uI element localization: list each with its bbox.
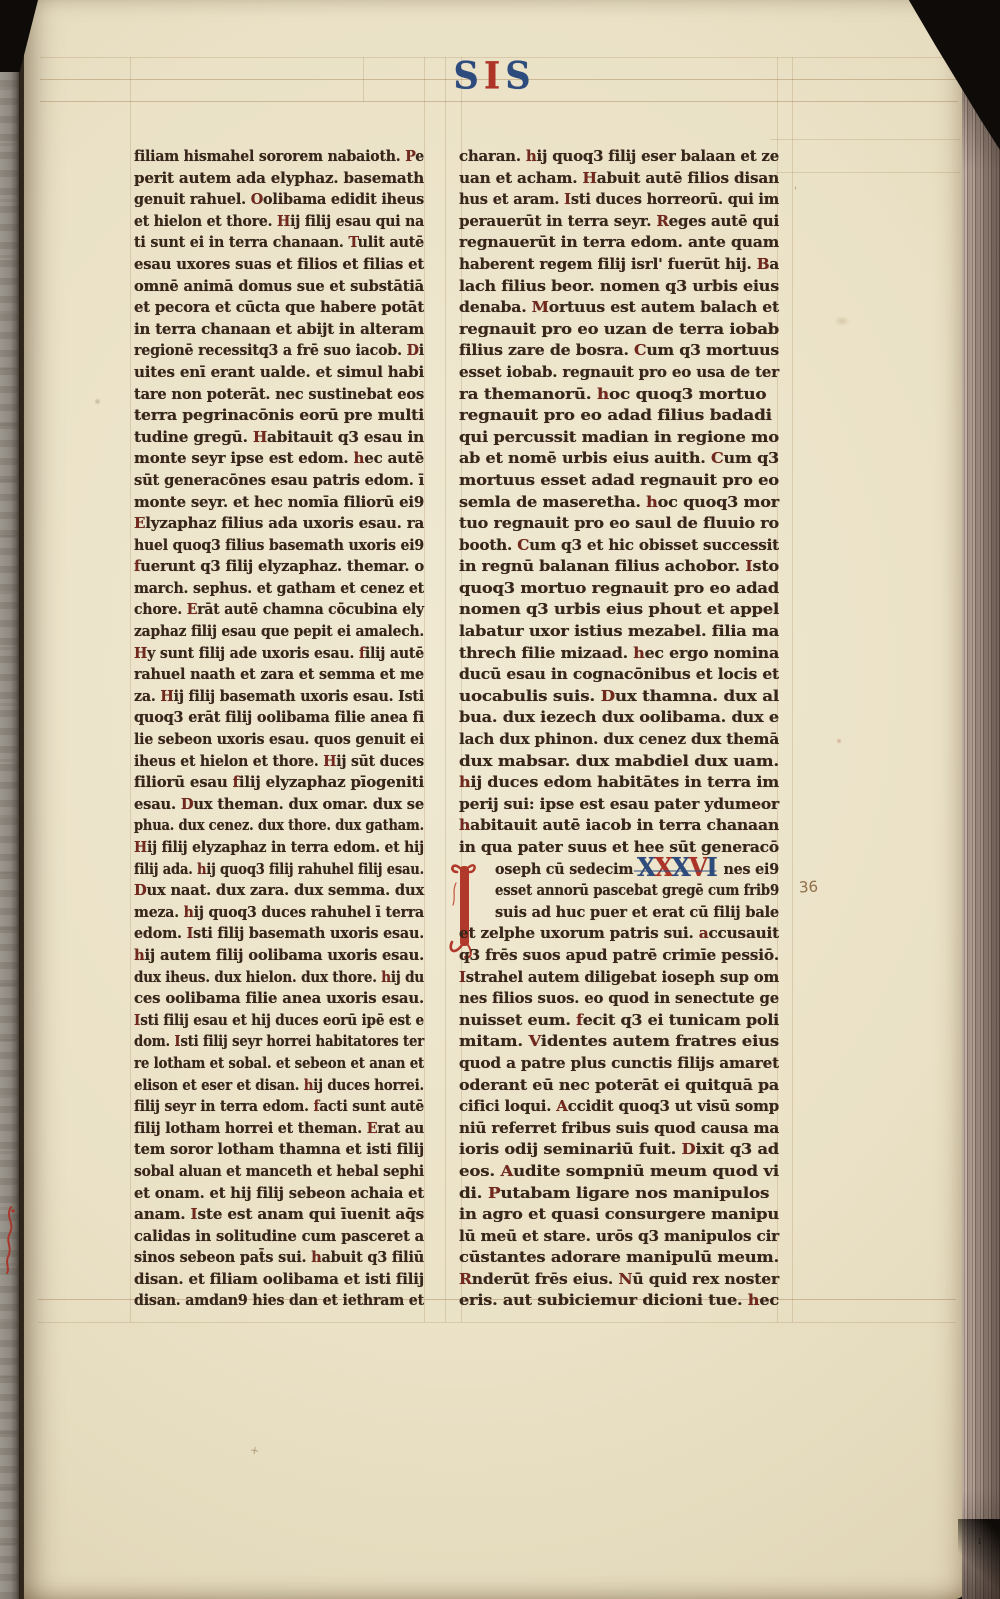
text-line: Hy sunt filij ade uxoris esau. filij aut… bbox=[134, 643, 424, 665]
text-line: esset annorū pascebat gregē cum frib9 bbox=[459, 880, 779, 902]
text-line: niū referret fribus suis quod causa ma bbox=[459, 1118, 779, 1140]
background-corner-bottom bbox=[958, 1519, 1000, 1599]
text-line: nes filios suos. eo quod in senectute ge bbox=[459, 988, 779, 1010]
text-line: uocabulis suis. Dux thamna. dux al bbox=[459, 686, 779, 708]
text-line: et zelphe uxorum patris sui. accusauit bbox=[459, 923, 779, 945]
text-line: disan. et filiam oolibama et isti filij bbox=[134, 1269, 424, 1291]
text-line: suis ad huc puer et erat cū filij bale bbox=[459, 902, 779, 924]
text-line: ces oolibama filie anea uxoris esau. bbox=[134, 988, 424, 1010]
text-line: dux mabsar. dux mabdiel dux uam. bbox=[459, 751, 779, 773]
text-line: q3 frēs suos apud patrē crimīe pessiō. bbox=[459, 945, 779, 967]
text-line: eris. aut subiciemur dicioni tue. hec bbox=[459, 1290, 779, 1312]
text-line: chore. Erāt autē chamna cōcubina ely bbox=[134, 599, 424, 621]
text-line: mortuus esset adad regnauit pro eo bbox=[459, 470, 779, 492]
text-line: ra themanorū. hoc quoq3 mortuo bbox=[459, 384, 779, 406]
manuscript-photo: SIS filiam hismahel sororem nabaioth. Pe… bbox=[0, 0, 1000, 1599]
text-line: in terra chanaan et abijt in alteram bbox=[134, 319, 424, 341]
text-line: et onam. et hij filij sebeon achaia et bbox=[134, 1183, 424, 1205]
previous-page-edge bbox=[0, 46, 19, 1599]
text-line: filij lotham horrei et theman. Erat au bbox=[134, 1118, 424, 1140]
text-line: Dux naat. dux zara. dux semma. dux bbox=[134, 880, 424, 902]
text-line: perit autem ada elyphaz. basemath bbox=[134, 168, 424, 190]
text-line: nuisset eum. fecit q3 ei tunicam poli bbox=[459, 1010, 779, 1032]
text-line: habitauit autē iacob in terra chanaan bbox=[459, 815, 779, 837]
text-line: labatur uxor istius mezabel. filia ma bbox=[459, 621, 779, 643]
text-line: perauerūt in terra seyr. Reges autē qui bbox=[459, 211, 779, 233]
text-line: za. Hij filij basemath uxoris esau. Isti bbox=[134, 686, 424, 708]
text-line: oderant eū nec poterāt ei quitquā pa bbox=[459, 1075, 779, 1097]
text-line: sobal aluan et manceth et hebal sephi bbox=[134, 1161, 424, 1183]
text-line: disan. amdan9 hies dan et iethram et bbox=[134, 1290, 424, 1312]
running-title-letter: I bbox=[484, 55, 505, 98]
text-line: monte seyr ipse est edom. hec autē bbox=[134, 448, 424, 470]
penwork-flourish-icon bbox=[2, 1205, 18, 1279]
text-line: cifici loqui. Accidit quoq3 ut visū somp bbox=[459, 1096, 779, 1118]
text-line: haberent regem filij isrl' fuerūt hij. B… bbox=[459, 254, 779, 276]
text-line: bua. dux iezech dux oolibama. dux e bbox=[459, 707, 779, 729]
text-line: Rnderūt frēs eius. Nū quid rex noster bbox=[459, 1269, 779, 1291]
text-line: mitam. Videntes autem fratres eius bbox=[459, 1031, 779, 1053]
text-line: Hij filij elyzaphaz in terra edom. et hi… bbox=[134, 837, 424, 859]
text-line: di. Putabam ligare nos manipulos bbox=[459, 1183, 779, 1205]
text-line: in qua pater suus et hee sūt generacō bbox=[459, 837, 779, 859]
running-title: SIS bbox=[24, 56, 965, 97]
text-line: semla de maseretha. hoc quoq3 mor bbox=[459, 492, 779, 514]
text-line: quoq3 mortuo regnauit pro eo adad bbox=[459, 578, 779, 600]
parchment-page: SIS filiam hismahel sororem nabaioth. Pe… bbox=[24, 0, 965, 1599]
text-line: huel quoq3 filius basemath uxoris ei9 bbox=[134, 535, 424, 557]
text-line: meza. hij quoq3 duces rahuhel ī terra bbox=[134, 902, 424, 924]
text-line: charan. hij quoq3 filij eser balaan et z… bbox=[459, 146, 779, 168]
text-line: nomen q3 urbis eius phout et appel bbox=[459, 599, 779, 621]
running-title-letter: S bbox=[454, 55, 484, 98]
text-line: iheus et hielon et thore. Hij sūt duces bbox=[134, 751, 424, 773]
bottom-margin-mark: + bbox=[249, 1443, 260, 1457]
text-line: filius zare de bosra. Cum q3 mortuus bbox=[459, 340, 779, 362]
text-line: regionē recessitq3 a frē suo iacob. Di bbox=[134, 340, 424, 362]
text-line: fuerunt q3 filij elyzaphaz. themar. o bbox=[134, 556, 424, 578]
text-line: oseph cū sedecimXXXVI nes ei9 bbox=[459, 859, 779, 881]
page-edge-texture bbox=[0, 46, 19, 1599]
text-line: et hielon et thore. Hij filij esau qui n… bbox=[134, 211, 424, 233]
text-line: esau uxores suas et filios et filias et bbox=[134, 254, 424, 276]
text-line: sinos sebeon pat̄s sui. habuit q3 filiū bbox=[134, 1247, 424, 1269]
text-line: ducū esau in cognacōnibus et locis et bbox=[459, 664, 779, 686]
text-line: phua. dux cenez. dux thore. dux gatham. bbox=[134, 815, 424, 837]
text-line: uites enī erant ualde. et simul habi bbox=[134, 362, 424, 384]
text-line: tudine gregū. Habitauit q3 esau in bbox=[134, 427, 424, 449]
text-line: cūstantes adorare manipulū meum. bbox=[459, 1247, 779, 1269]
text-line: zaphaz filij esau que pepit ei amalech. bbox=[134, 621, 424, 643]
text-line: tare non poterāt. nec sustinebat eos bbox=[134, 384, 424, 406]
text-line: rahuel naath et zara et semma et me bbox=[134, 664, 424, 686]
chapter-numeral: XXXVI bbox=[637, 859, 716, 883]
text-line: in agro et quasi consurgere manipu bbox=[459, 1204, 779, 1226]
text-line: eos. Audite sompniū meum quod vi bbox=[459, 1161, 779, 1183]
text-line: denaba. Mortuus est autem balach et bbox=[459, 297, 779, 319]
running-title-letter: S bbox=[505, 55, 535, 98]
text-line: lie sebeon uxoris esau. quos genuit ei bbox=[134, 729, 424, 751]
text-line: monte seyr. et hec nomīa filiorū ei9 bbox=[134, 492, 424, 514]
stain bbox=[836, 738, 842, 744]
text-line: edom. Isti filij basemath uxoris esau. bbox=[134, 923, 424, 945]
text-line: hus et aram. Isti duces horreorū. qui im bbox=[459, 189, 779, 211]
text-line: genuit rahuel. Oolibama edidit iheus bbox=[134, 189, 424, 211]
fore-edge-shading bbox=[962, 30, 1000, 1599]
text-line: filij seyr in terra edom. facti sunt aut… bbox=[134, 1096, 424, 1118]
text-line: dom. Isti filij seyr horrei habitatores … bbox=[134, 1031, 424, 1053]
text-line: ioris odij seminariū fuit. Dixit q3 ad bbox=[459, 1139, 779, 1161]
text-line: dux iheus. dux hielon. dux thore. hij du bbox=[134, 967, 424, 989]
text-line: omnē animā domus sue et substātiā bbox=[134, 276, 424, 298]
text-line: esau. Dux theman. dux omar. dux se bbox=[134, 794, 424, 816]
text-line: booth. Cum q3 et hic obisset successit bbox=[459, 535, 779, 557]
text-line: qui percussit madian in regione mo bbox=[459, 427, 779, 449]
text-line: march. sephus. et gatham et cenez et bbox=[134, 578, 424, 600]
text-line: esset iobab. regnauit pro eo usa de ter bbox=[459, 362, 779, 384]
text-line: ti sunt ei in terra chanaan. Tulit autē bbox=[134, 232, 424, 254]
text-line: anam. Iste est anam qui īuenit aq̄s bbox=[134, 1204, 424, 1226]
margin-chapter-note: 36 bbox=[799, 878, 819, 897]
text-line: calidas in solitudine cum pasceret a bbox=[134, 1226, 424, 1248]
text-line: tuo regnauit pro eo saul de fluuio ro bbox=[459, 513, 779, 535]
text-line: hij duces edom habitātes in terra im bbox=[459, 772, 779, 794]
text-line: filiam hismahel sororem nabaioth. Pe bbox=[134, 146, 424, 168]
text-line: perij sui: ipse est esau pater ydumeor bbox=[459, 794, 779, 816]
text-line: et pecora et cūcta que habere potāt bbox=[134, 297, 424, 319]
text-line: tem soror lotham thamna et isti filij bbox=[134, 1139, 424, 1161]
text-line: in regnū balanan filius achobor. Isto bbox=[459, 556, 779, 578]
text-line: lach dux phinon. dux cenez dux themā bbox=[459, 729, 779, 751]
text-line: re lotham et sobal. et sebeon et anan et bbox=[134, 1053, 424, 1075]
text-line: ab et nomē urbis eius auith. Cum q3 bbox=[459, 448, 779, 470]
text-line: regnauit pro eo adad filius badadi bbox=[459, 405, 779, 427]
text-line: regnauit pro eo uzan de terra iobab bbox=[459, 319, 779, 341]
stain bbox=[834, 316, 850, 326]
text-line: Isti filij esau et hij duces eorū ipē es… bbox=[134, 1010, 424, 1032]
text-line: regnauerūt in terra edom. ante quam bbox=[459, 232, 779, 254]
stain bbox=[94, 398, 101, 405]
text-line: filiorū esau filij elyzaphaz pīogeniti bbox=[134, 772, 424, 794]
text-line: quod a patre plus cunctis filijs amaret bbox=[459, 1053, 779, 1075]
text-column-right: charan. hij quoq3 filij eser balaan et z… bbox=[459, 146, 779, 1312]
text-line: sūt generacōnes esau patris edom. ī bbox=[134, 470, 424, 492]
text-line: lach filius beor. nomen q3 urbis eius bbox=[459, 276, 779, 298]
margin-tick: ʹ bbox=[794, 186, 797, 199]
text-line: Elyzaphaz filius ada uxoris esau. ra bbox=[134, 513, 424, 535]
text-line: uan et acham. Habuit autē filios disan bbox=[459, 168, 779, 190]
text-line: elison et eser et disan. hij duces horre… bbox=[134, 1075, 424, 1097]
text-line: lū meū et stare. urōs q3 manipulos cir bbox=[459, 1226, 779, 1248]
text-line: terra pegrinacōnis eorū pre multi bbox=[134, 405, 424, 427]
text-line: threch filie mizaad. hec ergo nomina bbox=[459, 643, 779, 665]
edge-mark: ı bbox=[978, 1536, 981, 1547]
text-line: quoq3 erāt filij oolibama filie anea fi bbox=[134, 707, 424, 729]
text-line: Istrahel autem diligebat ioseph sup om bbox=[459, 967, 779, 989]
text-column-left: filiam hismahel sororem nabaioth. Peperi… bbox=[134, 146, 424, 1312]
text-line: filij ada. hij quoq3 filij rahuhel filij… bbox=[134, 859, 424, 881]
text-line: hij autem filij oolibama uxoris esau. bbox=[134, 945, 424, 967]
